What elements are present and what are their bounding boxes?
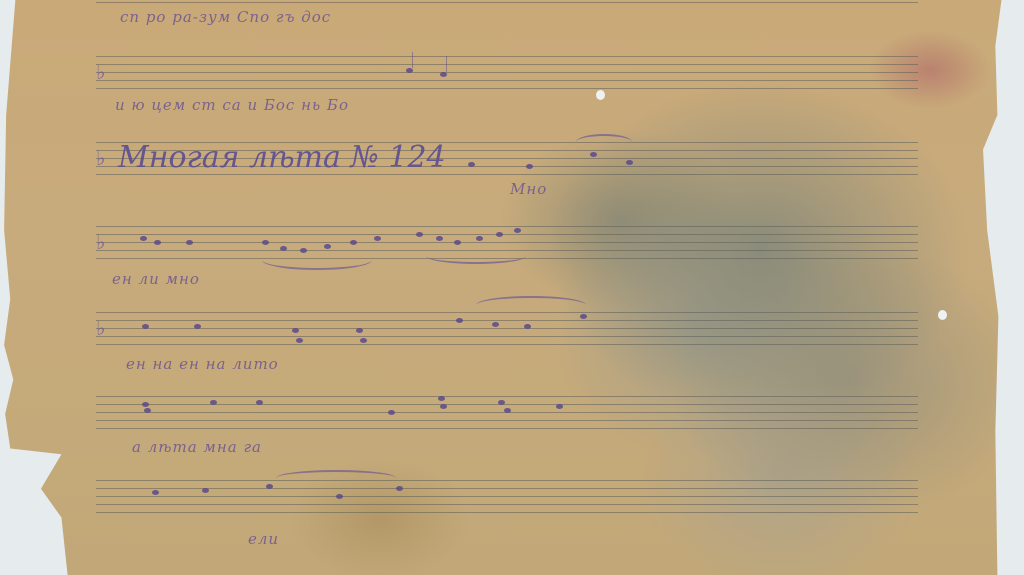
- note: [154, 240, 161, 245]
- note: [350, 240, 357, 245]
- note: [186, 240, 193, 245]
- staff-6: [96, 478, 918, 514]
- note: [496, 232, 503, 237]
- note: [292, 328, 299, 333]
- clef-icon: ♭: [96, 232, 105, 252]
- lyric-under-title: Мно: [510, 180, 547, 198]
- note: [406, 68, 413, 73]
- slur: [476, 296, 586, 314]
- note: [456, 318, 463, 323]
- note: [256, 400, 263, 405]
- note: [476, 236, 483, 241]
- lyric-line-1: и ю цем ст са и Бос нь Бо: [115, 96, 349, 114]
- lyric-line-5: ели: [248, 530, 279, 548]
- note: [194, 324, 201, 329]
- piece-title: Многая лѣта № 124: [118, 140, 446, 175]
- lyric-line-2: ен ли мно: [112, 270, 200, 288]
- note: [492, 322, 499, 327]
- note: [356, 328, 363, 333]
- note: [498, 400, 505, 405]
- lyric-line-4: а лѣта мна га: [132, 438, 262, 456]
- clef-icon: ♭: [96, 148, 105, 168]
- staff-0: [96, 0, 918, 6]
- note: [524, 324, 531, 329]
- note: [142, 402, 149, 407]
- slur: [576, 134, 632, 150]
- note: [202, 488, 209, 493]
- note-stem: [412, 52, 413, 68]
- note: [416, 232, 423, 237]
- note: [262, 240, 269, 245]
- note: [440, 72, 447, 77]
- paper-hole: [938, 310, 947, 320]
- note: [438, 396, 445, 401]
- lyric-line-3: ен на ен на лито: [126, 355, 279, 373]
- note: [468, 162, 475, 167]
- note: [142, 324, 149, 329]
- slur: [426, 248, 526, 264]
- note: [266, 484, 273, 489]
- staff-4: ♭: [96, 310, 918, 346]
- note: [210, 400, 217, 405]
- paper-hole: [596, 90, 605, 100]
- note: [454, 240, 461, 245]
- note: [152, 490, 159, 495]
- note: [388, 410, 395, 415]
- slur: [276, 470, 396, 486]
- note: [374, 236, 381, 241]
- staff-3: ♭: [96, 224, 918, 260]
- note: [436, 236, 443, 241]
- note: [504, 408, 511, 413]
- staff-1: ♭: [96, 54, 918, 90]
- note: [296, 338, 303, 343]
- slur: [262, 250, 372, 270]
- staff-5: [96, 394, 918, 430]
- note: [580, 314, 587, 319]
- note: [360, 338, 367, 343]
- clef-icon: ♭: [96, 318, 105, 338]
- note: [590, 152, 597, 157]
- note: [140, 236, 147, 241]
- note: [514, 228, 521, 233]
- note: [440, 404, 447, 409]
- note: [626, 160, 633, 165]
- note: [144, 408, 151, 413]
- note: [324, 244, 331, 249]
- note-stem: [446, 56, 447, 72]
- lyric-line-0: сп ро ра-зум Спо гъ дос: [120, 8, 331, 26]
- note: [526, 164, 533, 169]
- manuscript-page: сп ро ра-зум Спо гъ дос ♭ и ю цем ст са …: [0, 0, 1024, 575]
- note: [556, 404, 563, 409]
- note: [336, 494, 343, 499]
- note: [396, 486, 403, 491]
- clef-icon: ♭: [96, 62, 105, 82]
